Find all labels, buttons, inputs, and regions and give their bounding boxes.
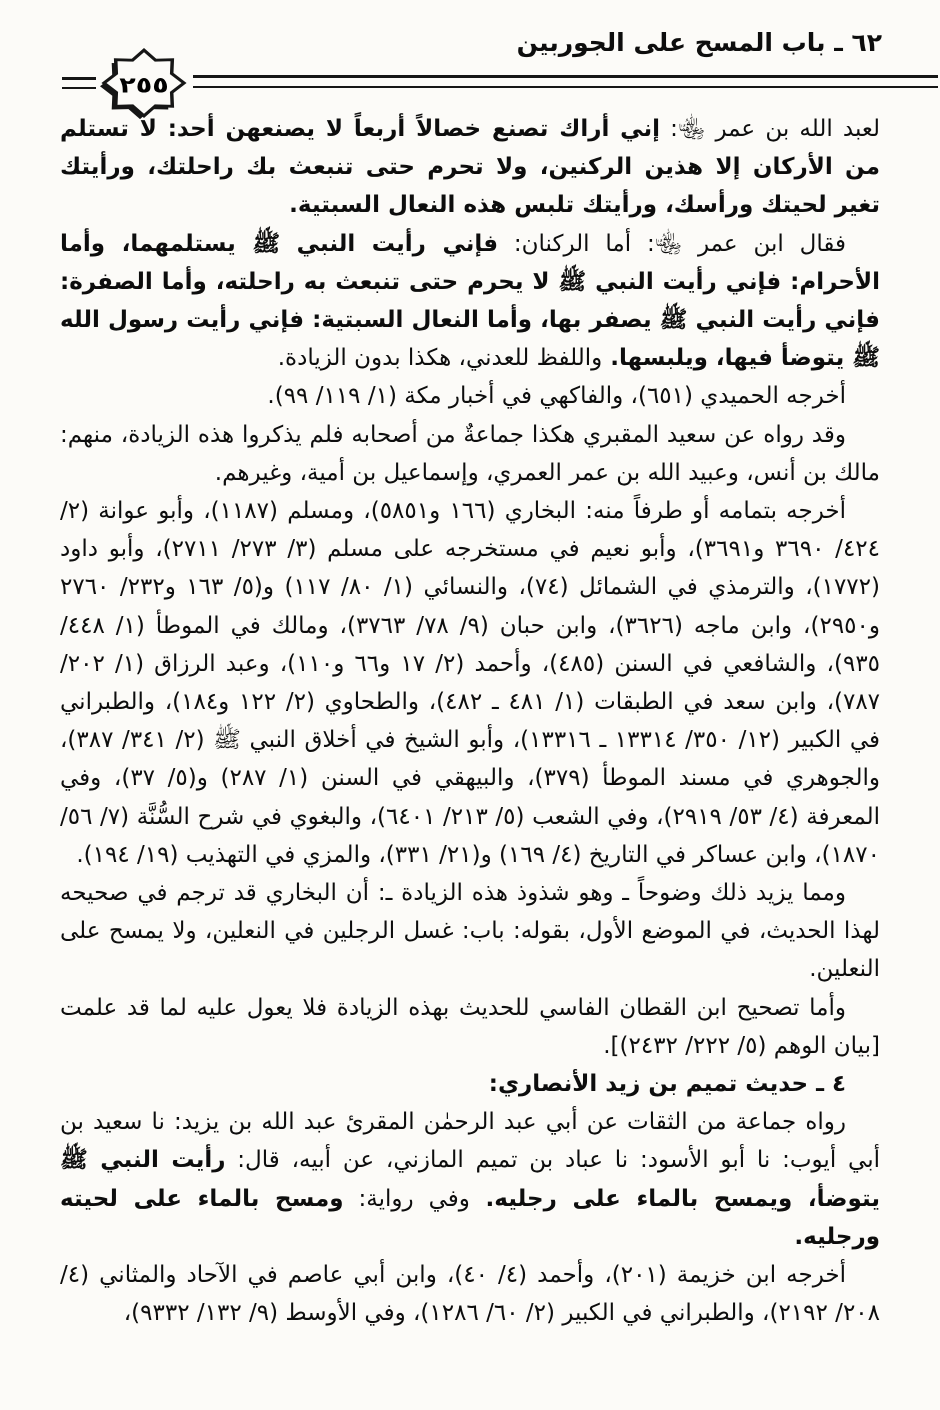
takhrij-humaydi: أخرجه الحميدي (٦٥١)، والفاكهي في أخبار م… — [60, 377, 880, 415]
text-run: ٤ ـ حديث تميم بن زيد الأنصاري: — [489, 1071, 846, 1097]
page-body: لعبد الله بن عمر ﵄: إني أراك تصنع خصالاً… — [60, 110, 880, 1333]
text-run: واللفظ للعدني، هكذا بدون الزيادة. — [278, 345, 602, 371]
text-run: ومما يزيد ذلك وضوحاً ـ وهو شذوذ هذه الزي… — [60, 880, 880, 982]
chapter-title: ٦٢ ـ باب المسح على الجوربين — [517, 28, 882, 57]
header-rule-left-stub — [62, 77, 96, 89]
page-number: ٢٥٥ — [119, 72, 168, 98]
hadith-4-isnad: رواه جماعة من الثقات عن أبي عبد الرحمٰن … — [60, 1103, 880, 1256]
header-rule — [193, 75, 938, 88]
hadith-4-takhrij: أخرجه ابن خزيمة (٢٠١)، وأحمد (٤/ ٤٠)، وا… — [60, 1256, 880, 1332]
takhrij-full-list: أخرجه بتمامه أو طرفاً منه: البخاري (١٦٦ … — [60, 492, 880, 874]
text-run: أخرجه بتمامه أو طرفاً منه: البخاري (١٦٦ … — [60, 498, 880, 868]
book-page: ٦٢ ـ باب المسح على الجوربين ٢٥٥ لعبد الل… — [0, 0, 940, 1410]
shudhudh-note: ومما يزيد ذلك وضوحاً ـ وهو شذوذ هذه الزي… — [60, 874, 880, 989]
narrators-note: وقد رواه عن سعيد المقبري هكذا جماعةٌ من … — [60, 416, 880, 492]
text-run: وقد رواه عن سعيد المقبري هكذا جماعةٌ من … — [60, 422, 880, 486]
text-run: أخرجه ابن خزيمة (٢٠١)، وأحمد (٤/ ٤٠)، وا… — [60, 1262, 880, 1326]
text-run: فقال ابن عمر ﵄: أما الركنان: — [498, 231, 846, 257]
ibn-umar-reply: فقال ابن عمر ﵄: أما الركنان: فإني رأيت ا… — [60, 225, 880, 378]
ibn-alqattan-note: وأما تصحيح ابن القطان الفاسي للحديث بهذه… — [60, 989, 880, 1065]
text-run: وأما تصحيح ابن القطان الفاسي للحديث بهذه… — [60, 995, 880, 1059]
hadith-4-heading: ٤ ـ حديث تميم بن زيد الأنصاري: — [60, 1065, 880, 1103]
page-number-badge: ٢٥٥ — [98, 46, 190, 120]
text-run: لعبد الله بن عمر ﵄: — [660, 116, 880, 142]
text-run: وفي رواية: — [344, 1186, 470, 1212]
text-run: أخرجه الحميدي (٦٥١)، والفاكهي في أخبار م… — [267, 383, 846, 409]
hadith-quote-continuation: لعبد الله بن عمر ﵄: إني أراك تصنع خصالاً… — [60, 110, 880, 225]
